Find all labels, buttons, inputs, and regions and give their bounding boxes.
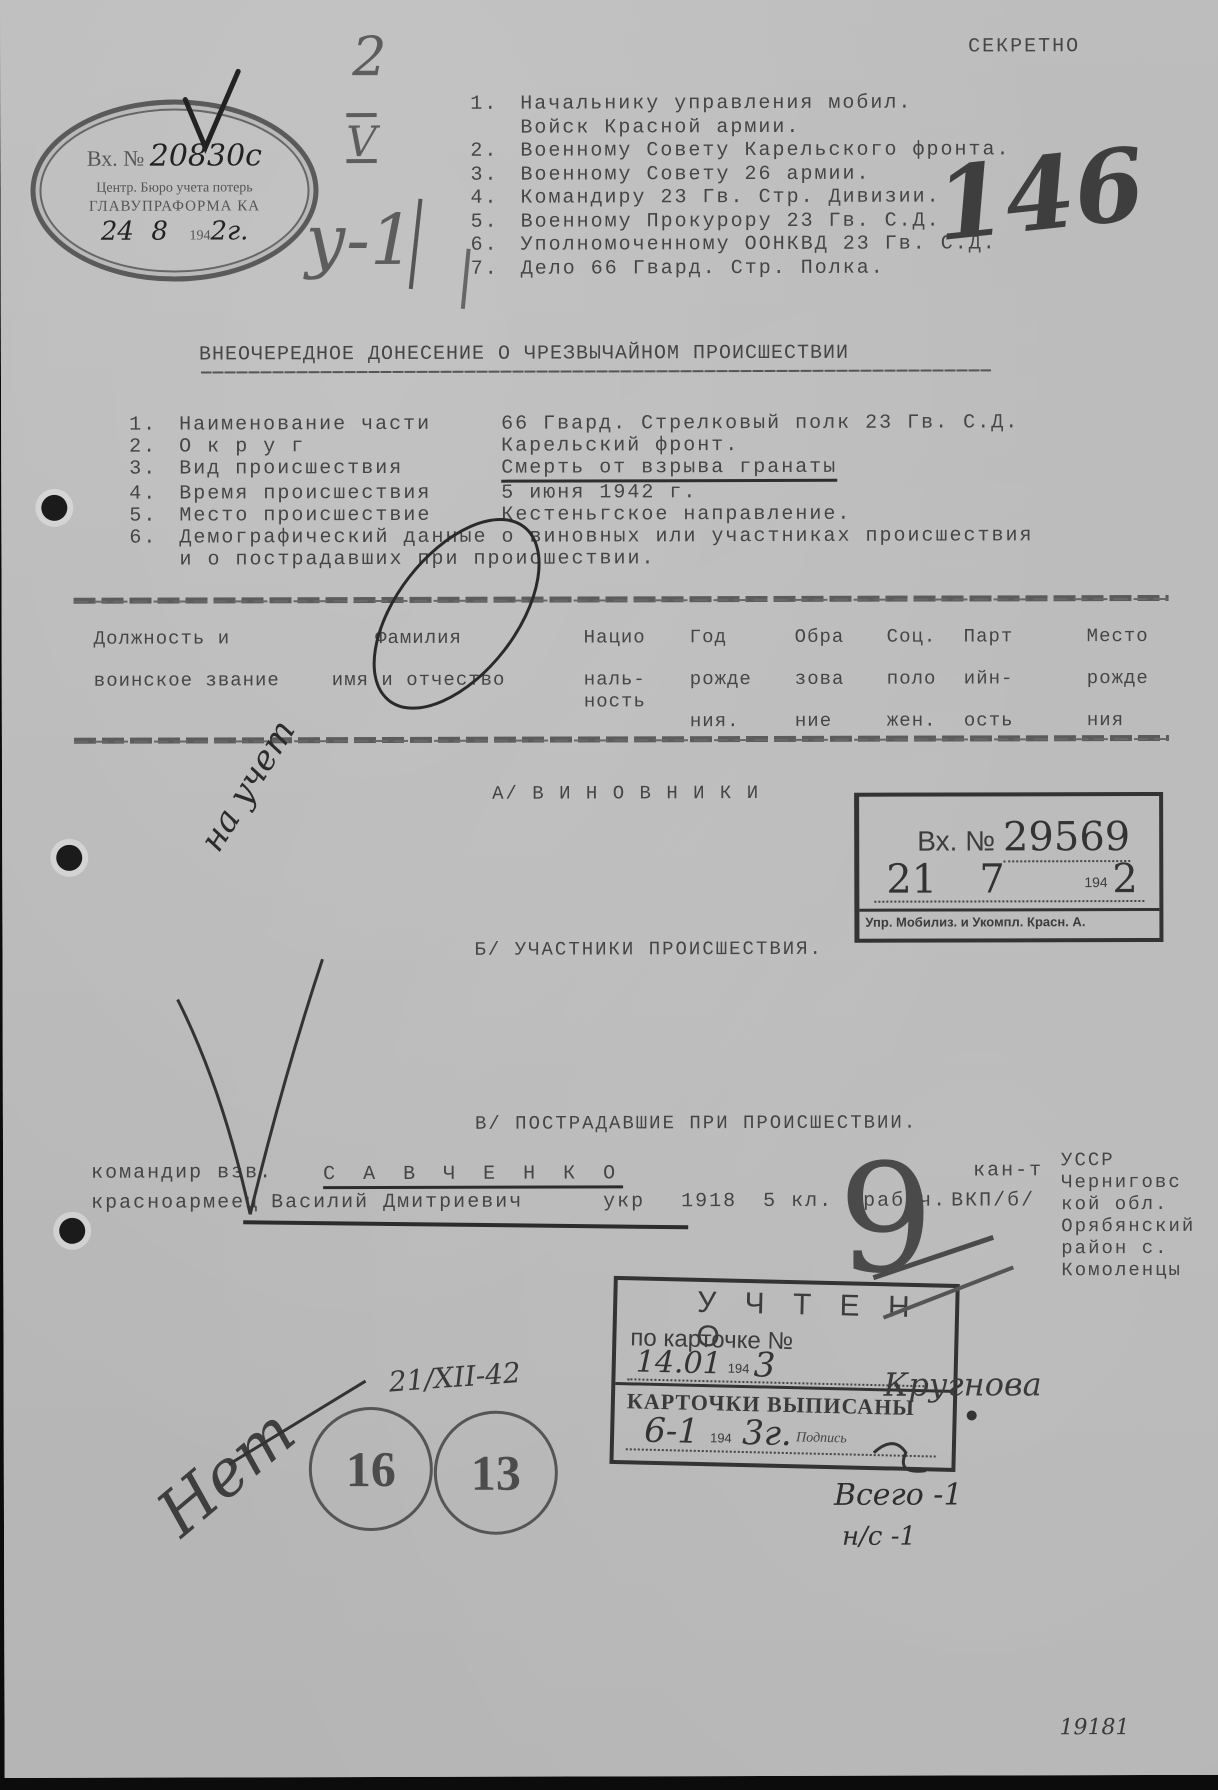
document-page: СЕКРЕТНО 1.Начальнику управления мобил. …: [0, 0, 1218, 1778]
checkmark-icon: [185, 71, 238, 147]
pen-loop-mark: [342, 490, 572, 737]
handwritten-strokes: [0, 0, 1218, 1778]
